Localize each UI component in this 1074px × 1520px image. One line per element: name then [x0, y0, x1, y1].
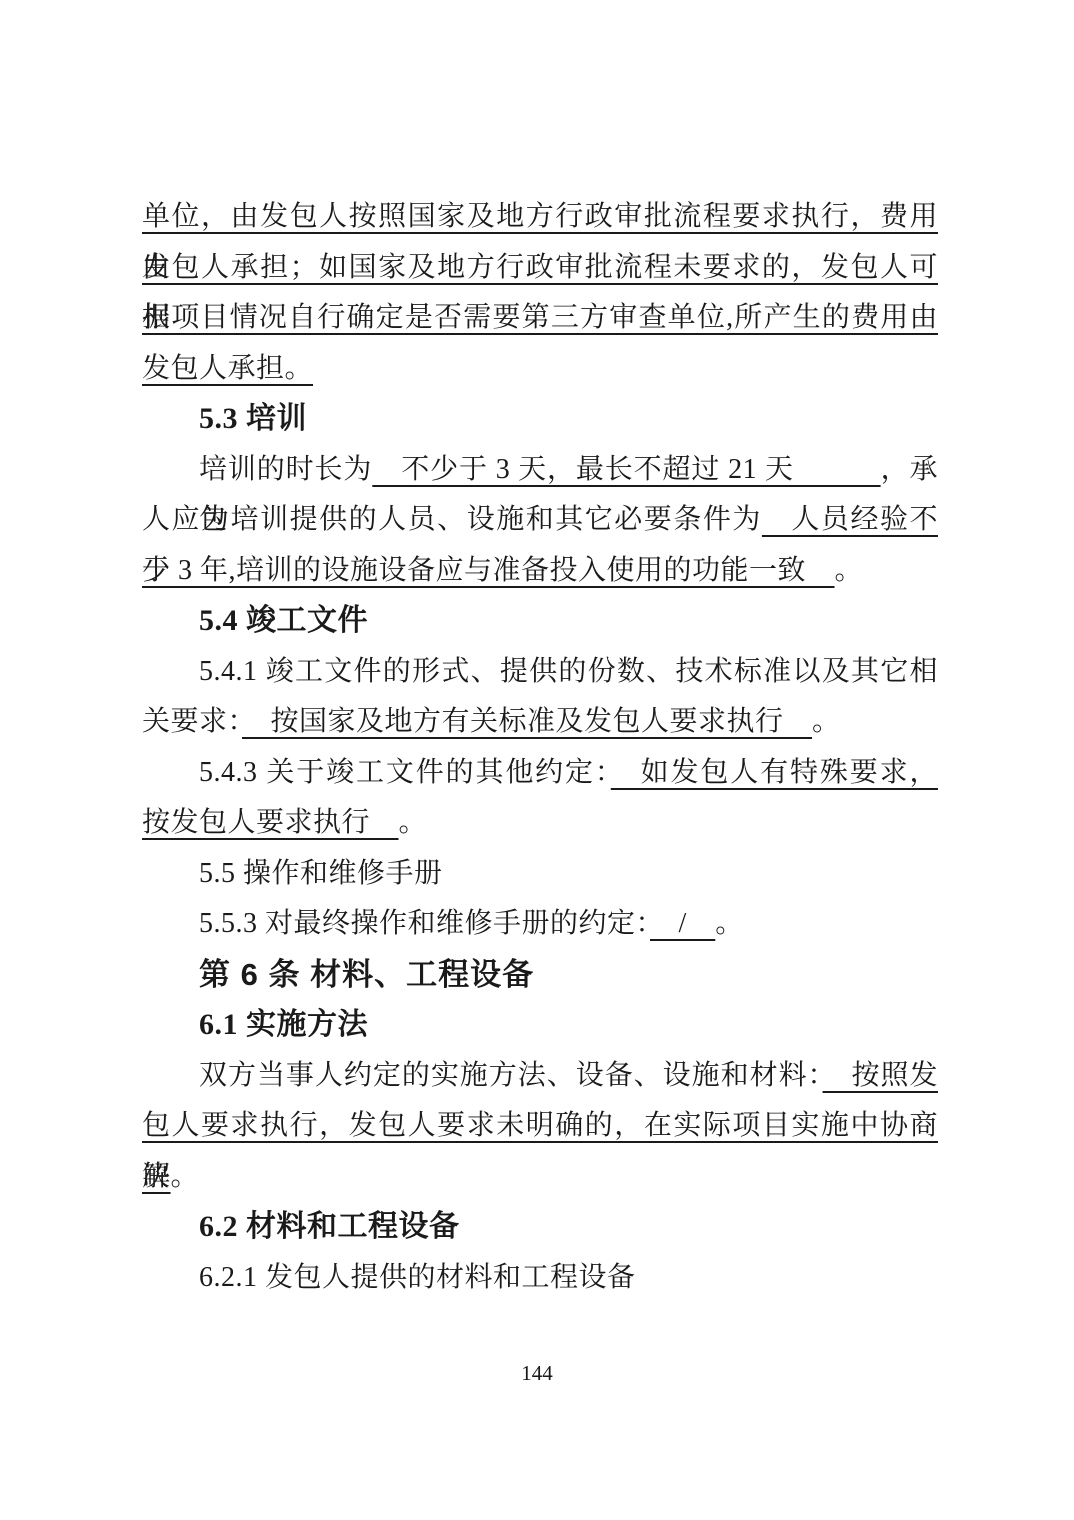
plain-text: 5.4 竣工文件 [199, 604, 368, 637]
clause-6-2-1: 6.2.1 发包人提供的材料和工程设备 [142, 1253, 938, 1304]
plain-text: 双方当事人约定的实施方法、设备、设施和材料： [199, 1060, 823, 1091]
plain-text: 。 [812, 706, 841, 737]
underlined-fill-in-text: 不少于 3 天，最长不超过 21 天 [372, 454, 880, 485]
underlined-fill-in-text: 按照发 [823, 1060, 938, 1091]
plain-text: 6.2 材料和工程设备 [199, 1210, 460, 1243]
plain-text: 5.3 培训 [199, 402, 307, 435]
plain-text: 6.2.1 发包人提供的材料和工程设备 [199, 1262, 636, 1293]
plain-text: 。 [399, 807, 428, 838]
underlined-fill-in-text: 决 [142, 1161, 171, 1192]
clause-5-3-line-2: 人应为培训提供的人员、设施和其它必要条件为 人员经验不少 [142, 495, 938, 546]
clause-5-4-3-line-2: 按发包人要求执行 。 [142, 798, 938, 849]
clause-5-5-3: 5.5.3 对最终操作和维修手册的约定： / 。 [142, 899, 938, 950]
plain-text: 5.5 操作和维修手册 [199, 858, 443, 889]
underlined-fill-in-text: 于 3 年,培训的设施设备应与准备投入使用的功能一致 [142, 555, 835, 586]
plain-text: 6.1 实施方法 [199, 1008, 368, 1041]
underlined-fill-in-text: 按国家及地方有关标准及发包人要求执行 [242, 706, 812, 737]
clause-5-3-line-1: 培训的时长为 不少于 3 天，最长不超过 21 天 ，承包 [142, 445, 938, 496]
heading-6-2-materials-and-equipment: 6.2 材料和工程设备 [142, 1202, 938, 1253]
clause-6-1-line-2: 包人要求执行，发包人要求未明确的，在实际项目实施中协商解 [142, 1101, 938, 1152]
plain-text: 第 6 条 材料、工程设备 [199, 957, 534, 992]
clause-5-4-3-line-1: 5.4.3 关于竣工文件的其他约定： 如发包人有特殊要求， [142, 748, 938, 799]
para-review-cost-line-1: 单位，由发包人按照国家及地方行政审批流程要求执行，费用由 [142, 192, 938, 243]
plain-text: 。 [715, 908, 744, 939]
plain-text: 人应为培训提供的人员、设施和其它必要条件为 [142, 504, 762, 535]
para-review-cost-line-4: 发包人承担。 [142, 344, 938, 395]
plain-text: 培训的时长为 [199, 454, 372, 485]
para-review-cost-line-2: 发包人承担；如国家及地方行政审批流程未要求的，发包人可根 [142, 243, 938, 294]
plain-text: 5.4.3 关于竣工文件的其他约定： [199, 757, 611, 788]
plain-text: 。 [835, 555, 864, 586]
document-page: 单位，由发包人按照国家及地方行政审批流程要求执行，费用由发包人承担；如国家及地方… [0, 0, 1074, 1520]
plain-text: 5.5.3 对最终操作和维修手册的约定： [199, 908, 650, 939]
underlined-fill-in-text: 按发包人要求执行 [142, 807, 399, 838]
heading-5-3-training: 5.3 培训 [142, 394, 938, 445]
plain-text: 5.4.1 竣工文件的形式、提供的份数、技术标准以及其它相 [199, 656, 938, 687]
heading-article-6-materials-equipment: 第 6 条 材料、工程设备 [142, 950, 938, 1001]
clause-5-4-1-line-1: 5.4.1 竣工文件的形式、提供的份数、技术标准以及其它相 [142, 647, 938, 698]
heading-5-4-completion-documents: 5.4 竣工文件 [142, 596, 938, 647]
clause-5-3-line-3: 于 3 年,培训的设施设备应与准备投入使用的功能一致 。 [142, 546, 938, 597]
clause-6-1-line-3: 决。 [142, 1152, 938, 1203]
underlined-fill-in-text: 据项目情况自行确定是否需要第三方审查单位,所产生的费用由 [142, 302, 938, 333]
clause-6-1-line-1: 双方当事人约定的实施方法、设备、设施和材料： 按照发 [142, 1051, 938, 1102]
plain-text: 。 [171, 1161, 200, 1192]
page-number: 144 [0, 1360, 1074, 1386]
underlined-fill-in-text: / [650, 908, 715, 939]
document-content: 单位，由发包人按照国家及地方行政审批流程要求执行，费用由发包人承担；如国家及地方… [142, 192, 938, 1303]
underlined-fill-in-text: 发包人承担。 [142, 353, 313, 384]
underlined-fill-in-text: 如发包人有特殊要求， [611, 757, 938, 788]
para-review-cost-line-3: 据项目情况自行确定是否需要第三方审查单位,所产生的费用由 [142, 293, 938, 344]
heading-6-1-implementation-method: 6.1 实施方法 [142, 1000, 938, 1051]
plain-text: 关要求： [142, 706, 242, 737]
heading-5-5-operation-maintenance-manual: 5.5 操作和维修手册 [142, 849, 938, 900]
clause-5-4-1-line-2: 关要求： 按国家及地方有关标准及发包人要求执行 。 [142, 697, 938, 748]
